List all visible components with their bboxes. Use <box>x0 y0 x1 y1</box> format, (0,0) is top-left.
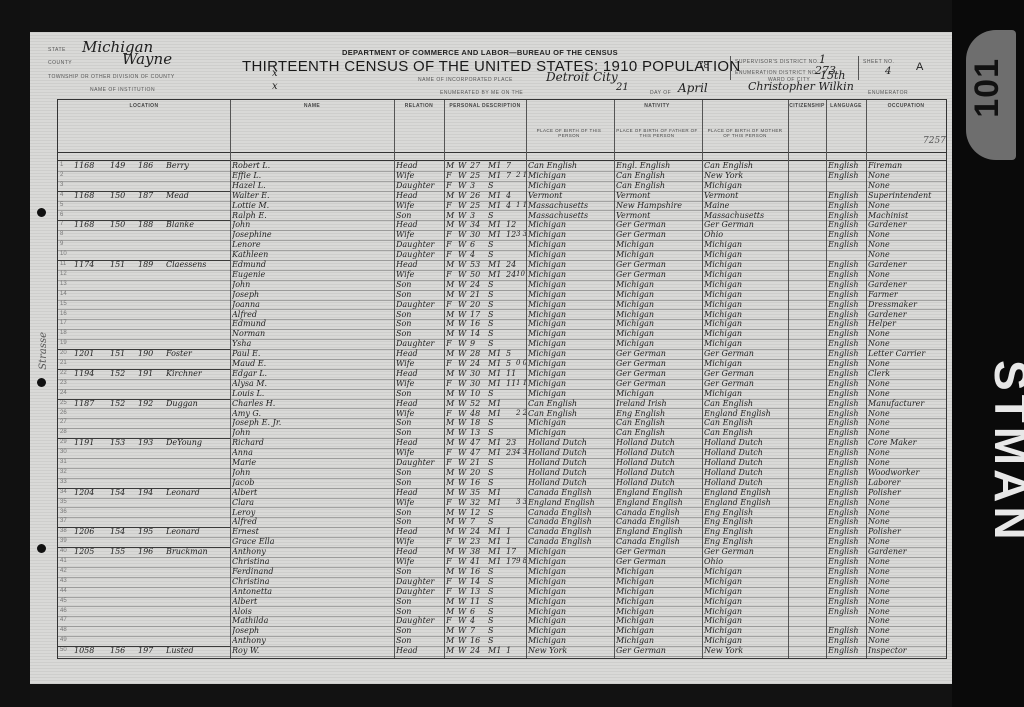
cell-lang: English <box>828 607 866 617</box>
cell-lang: English <box>828 379 866 389</box>
cell-line: 26 <box>60 409 72 419</box>
cell-occ: None <box>868 409 946 419</box>
cell-birth: Michigan <box>528 280 614 290</box>
census-title: THIRTEENTH CENSUS OF THE UNITED STATES: … <box>242 58 741 75</box>
cell-street <box>74 636 110 646</box>
cell-mother: Can English <box>704 418 788 428</box>
cell-lang: English <box>828 636 866 646</box>
cell-years <box>506 418 516 428</box>
cell-marital: S <box>488 626 506 636</box>
cell-years <box>506 636 516 646</box>
cell-father: Ger German <box>616 379 702 389</box>
cell-birth: Michigan <box>528 379 614 389</box>
cell-given: Alfred <box>232 310 392 320</box>
cell-marital: S <box>488 280 506 290</box>
cell-dwelling <box>110 428 136 438</box>
cell-sex: M <box>446 626 458 636</box>
cell-marital: S <box>488 418 506 428</box>
cell-sex: M <box>446 369 458 379</box>
cell-years <box>506 399 516 409</box>
cell-lang: English <box>828 230 866 240</box>
cell-family: 197 <box>138 646 164 656</box>
cell-sex: M <box>446 597 458 607</box>
cell-lang: English <box>828 498 866 508</box>
cell-father: Ger German <box>616 359 702 369</box>
cell-age: 52 <box>470 399 488 409</box>
cell-mother: Ger German <box>704 220 788 230</box>
cell-children <box>516 349 526 359</box>
cell-children <box>516 369 526 379</box>
cell-marital: M1 <box>488 448 506 458</box>
cell-children <box>516 468 526 478</box>
cell-mother: Michigan <box>704 359 788 369</box>
cell-relation: Daughter <box>396 577 444 587</box>
cell-marital: S <box>488 607 506 617</box>
cell-surname <box>166 498 230 508</box>
cell-father: Michigan <box>616 616 702 626</box>
cell-relation: Head <box>396 399 444 409</box>
cell-sex: M <box>446 468 458 478</box>
nativity-subhead-person: Place of birth of this Person <box>528 128 610 138</box>
cell-mother: Holland Dutch <box>704 478 788 488</box>
cell-street <box>74 616 110 626</box>
cell-mother: Ger German <box>704 369 788 379</box>
cell-sex: M <box>446 310 458 320</box>
cell-relation: Wife <box>396 230 444 240</box>
cell-family: 189 <box>138 260 164 270</box>
cell-race: W <box>458 359 470 369</box>
cell-mother: Michigan <box>704 290 788 300</box>
cell-occ: None <box>868 616 946 626</box>
cell-children <box>516 488 526 498</box>
cell-given: Anthony <box>232 636 392 646</box>
cell-race: W <box>458 181 470 191</box>
cell-street <box>74 587 110 597</box>
cell-marital: S <box>488 458 506 468</box>
cell-given: Clara <box>232 498 392 508</box>
population-table: Location Name Relation Personal Descript… <box>57 99 947 659</box>
col-relation: Relation <box>394 100 445 152</box>
cell-dwelling <box>110 517 136 527</box>
cell-age: 53 <box>470 260 488 270</box>
department-heading: DEPARTMENT OF COMMERCE AND LABOR—BUREAU … <box>342 48 618 57</box>
cell-children <box>516 478 526 488</box>
cell-surname <box>166 201 230 211</box>
cell-age: 20 <box>470 468 488 478</box>
cell-age: 10 <box>470 389 488 399</box>
cell-given: Jacob <box>232 478 392 488</box>
cell-occ: Gardener <box>868 280 946 290</box>
cell-street: 1206 <box>74 527 110 537</box>
cell-age: 7 <box>470 517 488 527</box>
cell-years <box>506 587 516 597</box>
cell-given: John <box>232 220 392 230</box>
col-name: Name <box>230 100 395 152</box>
cell-children <box>516 517 526 527</box>
cell-father: Ger German <box>616 646 702 656</box>
cell-years: 4 <box>506 201 516 211</box>
cell-surname: Foster <box>166 349 230 359</box>
cell-birth: Michigan <box>528 607 614 617</box>
cell-birth: Michigan <box>528 319 614 329</box>
cell-relation: Son <box>396 418 444 428</box>
cell-given: Amy G. <box>232 409 392 419</box>
cell-children <box>516 250 526 260</box>
cell-marital: M1 <box>488 260 506 270</box>
cell-family <box>138 597 164 607</box>
cell-mother: Michigan <box>704 250 788 260</box>
cell-sex: M <box>446 280 458 290</box>
cell-line: 23 <box>60 379 72 389</box>
cell-given: Christina <box>232 577 392 587</box>
cell-relation: Son <box>396 636 444 646</box>
cell-line: 35 <box>60 498 72 508</box>
cell-dwelling <box>110 418 136 428</box>
cell-age: 3 <box>470 181 488 191</box>
cell-age: 12 <box>470 508 488 518</box>
cell-birth: Michigan <box>528 339 614 349</box>
county-value: Wayne <box>122 50 172 68</box>
cell-years: 17 <box>506 557 516 567</box>
cell-line: 45 <box>60 597 72 607</box>
cell-mother: Eng English <box>704 508 788 518</box>
cell-given: Ysha <box>232 339 392 349</box>
cell-given: Walter E. <box>232 191 392 201</box>
cell-occ: None <box>868 458 946 468</box>
cell-race: W <box>458 428 470 438</box>
cell-dwelling <box>110 319 136 329</box>
cell-age: 3 <box>470 211 488 221</box>
cell-mother: England English <box>704 498 788 508</box>
cell-mother: Michigan <box>704 319 788 329</box>
cell-relation: Head <box>396 488 444 498</box>
cell-years <box>506 181 516 191</box>
cell-relation: Wife <box>396 379 444 389</box>
cell-race: W <box>458 508 470 518</box>
cell-surname <box>166 290 230 300</box>
cell-family <box>138 359 164 369</box>
cell-street <box>74 329 110 339</box>
cell-birth: Michigan <box>528 597 614 607</box>
cell-years <box>506 468 516 478</box>
cell-surname <box>166 537 230 547</box>
institution-value: x <box>272 81 278 92</box>
cell-children <box>516 547 526 557</box>
cell-father: Canada English <box>616 517 702 527</box>
cell-lang: English <box>828 527 866 537</box>
cell-birth: New York <box>528 646 614 656</box>
cell-marital: M1 <box>488 409 506 419</box>
household-divider <box>58 349 230 350</box>
cell-dwelling: 150 <box>110 220 136 230</box>
cell-age: 16 <box>470 478 488 488</box>
cell-surname: Kirchner <box>166 369 230 379</box>
cell-marital: M1 <box>488 488 506 498</box>
cell-birth: Can English <box>528 409 614 419</box>
cell-family <box>138 300 164 310</box>
cell-street: 1174 <box>74 260 110 270</box>
household-divider <box>58 438 230 439</box>
cell-marital: M1 <box>488 270 506 280</box>
cell-surname <box>166 319 230 329</box>
cell-years <box>506 517 516 527</box>
cell-lang: English <box>828 201 866 211</box>
cell-family: 195 <box>138 527 164 537</box>
cell-race: W <box>458 517 470 527</box>
cell-father: Michigan <box>616 389 702 399</box>
cell-family: 187 <box>138 191 164 201</box>
cell-occ: None <box>868 577 946 587</box>
cell-given: Ralph E. <box>232 211 392 221</box>
cell-marital: M1 <box>488 369 506 379</box>
cell-age: 47 <box>470 448 488 458</box>
cell-occ: Core Maker <box>868 438 946 448</box>
cell-mother: Michigan <box>704 587 788 597</box>
cell-given: Effie L. <box>232 171 392 181</box>
cell-surname: Berry <box>166 161 230 171</box>
cell-dwelling <box>110 250 136 260</box>
cell-children: 2 1 <box>516 171 526 181</box>
cell-birth: Michigan <box>528 587 614 597</box>
cell-marital: S <box>488 290 506 300</box>
cell-years <box>506 616 516 626</box>
cell-given: Josephine <box>232 230 392 240</box>
cell-children <box>516 537 526 547</box>
cell-sex: M <box>446 260 458 270</box>
cell-age: 47 <box>470 438 488 448</box>
cell-lang: English <box>828 567 866 577</box>
cell-years <box>506 626 516 636</box>
cell-children: 3 3 <box>516 230 526 240</box>
cell-race: W <box>458 409 470 419</box>
cell-line: 13 <box>60 280 72 290</box>
cell-given: Joseph <box>232 290 392 300</box>
cell-children <box>516 310 526 320</box>
cell-family <box>138 458 164 468</box>
cell-years <box>506 428 516 438</box>
cell-relation: Head <box>396 191 444 201</box>
cell-age: 24 <box>470 280 488 290</box>
census-sheet: State Michigan County Wayne Township or … <box>30 32 952 684</box>
cell-sex: F <box>446 250 458 260</box>
cell-father: Canada English <box>616 537 702 547</box>
cell-age: 16 <box>470 319 488 329</box>
cell-race: W <box>458 230 470 240</box>
cell-race: W <box>458 498 470 508</box>
cell-street <box>74 389 110 399</box>
cell-sex: M <box>446 607 458 617</box>
cell-line: 16 <box>60 310 72 320</box>
cell-lang: English <box>828 597 866 607</box>
cell-mother: Holland Dutch <box>704 448 788 458</box>
cell-marital: S <box>488 577 506 587</box>
cell-age: 32 <box>470 498 488 508</box>
cell-children <box>516 438 526 448</box>
cell-line: 36 <box>60 508 72 518</box>
cell-birth: Michigan <box>528 250 614 260</box>
cell-marital: M1 <box>488 399 506 409</box>
nativity-subhead-mother: Place of birth of Mother of this person <box>704 128 786 138</box>
cell-race: W <box>458 646 470 656</box>
cell-relation: Daughter <box>396 181 444 191</box>
binder-hole <box>37 544 46 553</box>
cell-dwelling: 152 <box>110 369 136 379</box>
cell-sex: F <box>446 300 458 310</box>
cell-lang: English <box>828 211 866 221</box>
cell-lang: English <box>828 349 866 359</box>
cell-years: 23 <box>506 438 516 448</box>
cell-street <box>74 468 110 478</box>
cell-marital: M1 <box>488 438 506 448</box>
cell-given: John <box>232 280 392 290</box>
cell-dwelling: 150 <box>110 191 136 201</box>
cell-given: Christina <box>232 557 392 567</box>
cell-family <box>138 508 164 518</box>
cell-father: Can English <box>616 181 702 191</box>
cell-age: 30 <box>470 369 488 379</box>
cell-family <box>138 636 164 646</box>
cell-relation: Son <box>396 319 444 329</box>
cell-given: Lenore <box>232 240 392 250</box>
cell-street: 1191 <box>74 438 110 448</box>
cell-line: 4 <box>60 191 72 201</box>
cell-birth: Michigan <box>528 577 614 587</box>
cell-dwelling <box>110 201 136 211</box>
cell-dwelling <box>110 478 136 488</box>
cell-children <box>516 191 526 201</box>
cell-family <box>138 270 164 280</box>
cell-dwelling <box>110 636 136 646</box>
cell-relation: Daughter <box>396 616 444 626</box>
cell-street: 1194 <box>74 369 110 379</box>
cell-dwelling <box>110 468 136 478</box>
cell-mother: New York <box>704 646 788 656</box>
cell-sex: M <box>446 527 458 537</box>
cell-sex: M <box>446 349 458 359</box>
cell-line: 6 <box>60 211 72 221</box>
cell-children <box>516 636 526 646</box>
cell-father: Michigan <box>616 300 702 310</box>
cell-sex: F <box>446 557 458 567</box>
cell-children <box>516 389 526 399</box>
cell-lang: English <box>828 448 866 458</box>
cell-age: 18 <box>470 418 488 428</box>
cell-marital: S <box>488 339 506 349</box>
cell-years <box>506 240 516 250</box>
cell-father: England English <box>616 488 702 498</box>
township-label: Township or other division of county <box>48 74 175 80</box>
cell-race: W <box>458 577 470 587</box>
cell-surname <box>166 409 230 419</box>
cell-years <box>506 488 516 498</box>
cell-street: 1187 <box>74 399 110 409</box>
cell-age: 24 <box>470 359 488 369</box>
cell-sex: M <box>446 547 458 557</box>
cell-relation: Head <box>396 369 444 379</box>
cell-dwelling <box>110 230 136 240</box>
cell-relation: Wife <box>396 537 444 547</box>
cell-years <box>506 389 516 399</box>
cell-years <box>506 409 516 419</box>
cell-dwelling <box>110 310 136 320</box>
cell-years <box>506 478 516 488</box>
cell-street <box>74 319 110 329</box>
cell-surname <box>166 508 230 518</box>
cell-street <box>74 250 110 260</box>
cell-lang: English <box>828 389 866 399</box>
cell-relation: Son <box>396 517 444 527</box>
cell-given: Joanna <box>232 300 392 310</box>
cell-age: 11 <box>470 597 488 607</box>
cell-father: England English <box>616 498 702 508</box>
cell-dwelling <box>110 171 136 181</box>
cell-birth: England English <box>528 498 614 508</box>
cell-mother: Michigan <box>704 329 788 339</box>
cell-sex: M <box>446 290 458 300</box>
cell-line: 34 <box>60 488 72 498</box>
cell-marital: M1 <box>488 646 506 656</box>
cell-street <box>74 557 110 567</box>
cell-occ: Manufacturer <box>868 399 946 409</box>
cell-father: Can English <box>616 428 702 438</box>
cell-marital: M1 <box>488 547 506 557</box>
cell-years: 4 <box>506 191 516 201</box>
cell-marital: S <box>488 329 506 339</box>
cell-father: Can English <box>616 418 702 428</box>
cell-surname <box>166 616 230 626</box>
cell-years: 7 <box>506 161 516 171</box>
cell-marital: S <box>488 517 506 527</box>
cell-relation: Wife <box>396 201 444 211</box>
cell-line: 48 <box>60 626 72 636</box>
cell-surname <box>166 250 230 260</box>
cell-age: 16 <box>470 636 488 646</box>
cell-line: 9 <box>60 240 72 250</box>
cell-lang: English <box>828 488 866 498</box>
cell-relation: Head <box>396 527 444 537</box>
cell-years <box>506 329 516 339</box>
cell-age: 21 <box>470 458 488 468</box>
cell-age: 6 <box>470 240 488 250</box>
cell-age: 21 <box>470 290 488 300</box>
enumerator-label: Enumerator <box>868 90 908 96</box>
cell-mother: Michigan <box>704 636 788 646</box>
cell-age: 4 <box>470 250 488 260</box>
cell-years <box>506 300 516 310</box>
enumeration-district-value: 273 <box>815 64 836 77</box>
cell-relation: Head <box>396 646 444 656</box>
cell-dwelling <box>110 280 136 290</box>
cell-family <box>138 577 164 587</box>
cell-birth: Michigan <box>528 230 614 240</box>
cell-sex: F <box>446 339 458 349</box>
cell-father: Holland Dutch <box>616 468 702 478</box>
cell-line: 19 <box>60 339 72 349</box>
cell-mother: Michigan <box>704 339 788 349</box>
cell-occ: None <box>868 329 946 339</box>
cell-relation: Wife <box>396 409 444 419</box>
cell-mother: Ohio <box>704 230 788 240</box>
cell-years <box>506 567 516 577</box>
cell-race: W <box>458 270 470 280</box>
cell-relation: Son <box>396 310 444 320</box>
cell-children: 0 0 <box>516 359 526 369</box>
cell-dwelling <box>110 498 136 508</box>
cell-lang: English <box>828 458 866 468</box>
cell-dwelling <box>110 181 136 191</box>
cell-street <box>74 240 110 250</box>
cell-street <box>74 597 110 607</box>
